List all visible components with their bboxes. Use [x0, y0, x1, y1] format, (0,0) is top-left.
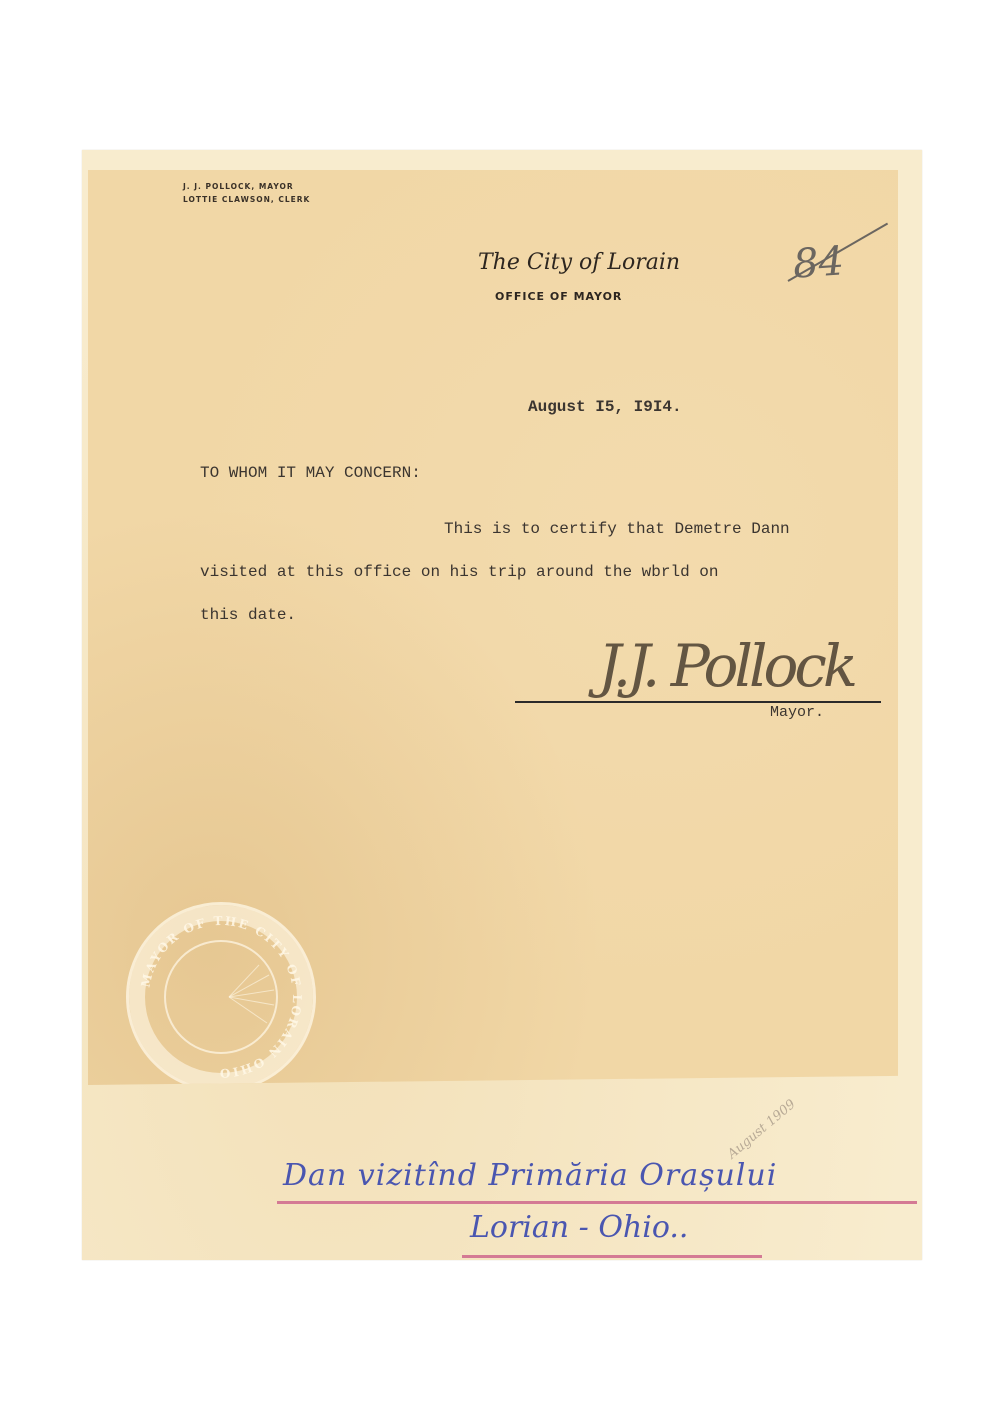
- salutation: TO WHOM IT MAY CONCERN:: [200, 464, 421, 482]
- seal-graphic: MAYOR OF THE CITY OF LORAIN OHIO: [129, 905, 313, 1089]
- embossed-seal-icon: MAYOR OF THE CITY OF LORAIN OHIO: [126, 902, 316, 1092]
- signature-title: Mayor.: [770, 704, 824, 721]
- letterhead-officials: J. J. POLLOCK, MAYOR LOTTIE CLAWSON, CLE…: [183, 180, 310, 206]
- signature-line: [515, 701, 881, 703]
- letter-date: August I5, I9I4.: [528, 398, 682, 416]
- letter-sheet: J. J. POLLOCK, MAYOR LOTTIE CLAWSON, CLE…: [88, 170, 898, 1085]
- annotation-underline-1: [277, 1201, 917, 1204]
- annotation-line-1: Dan vizitînd Primăria Orașului: [283, 1158, 777, 1193]
- svg-text:MAYOR OF THE CITY OF LORAIN OH: MAYOR OF THE CITY OF LORAIN OHIO: [138, 914, 304, 1080]
- body-line-2: visited at this office on his trip aroun…: [200, 563, 718, 581]
- mayor-line: J. J. POLLOCK, MAYOR: [183, 180, 310, 193]
- body-line-3: this date.: [200, 606, 296, 624]
- city-title: The City of Lorain: [478, 250, 680, 275]
- signature: J.J. Pollock: [598, 632, 854, 700]
- office-heading: OFFICE OF MAYOR: [495, 290, 622, 303]
- annotation-line-2: Lorian - Ohio..: [470, 1210, 688, 1245]
- annotation-underline-2: [462, 1255, 762, 1258]
- clerk-line: LOTTIE CLAWSON, CLERK: [183, 193, 310, 206]
- body-line-1: This is to certify that Demetre Dann: [444, 520, 790, 538]
